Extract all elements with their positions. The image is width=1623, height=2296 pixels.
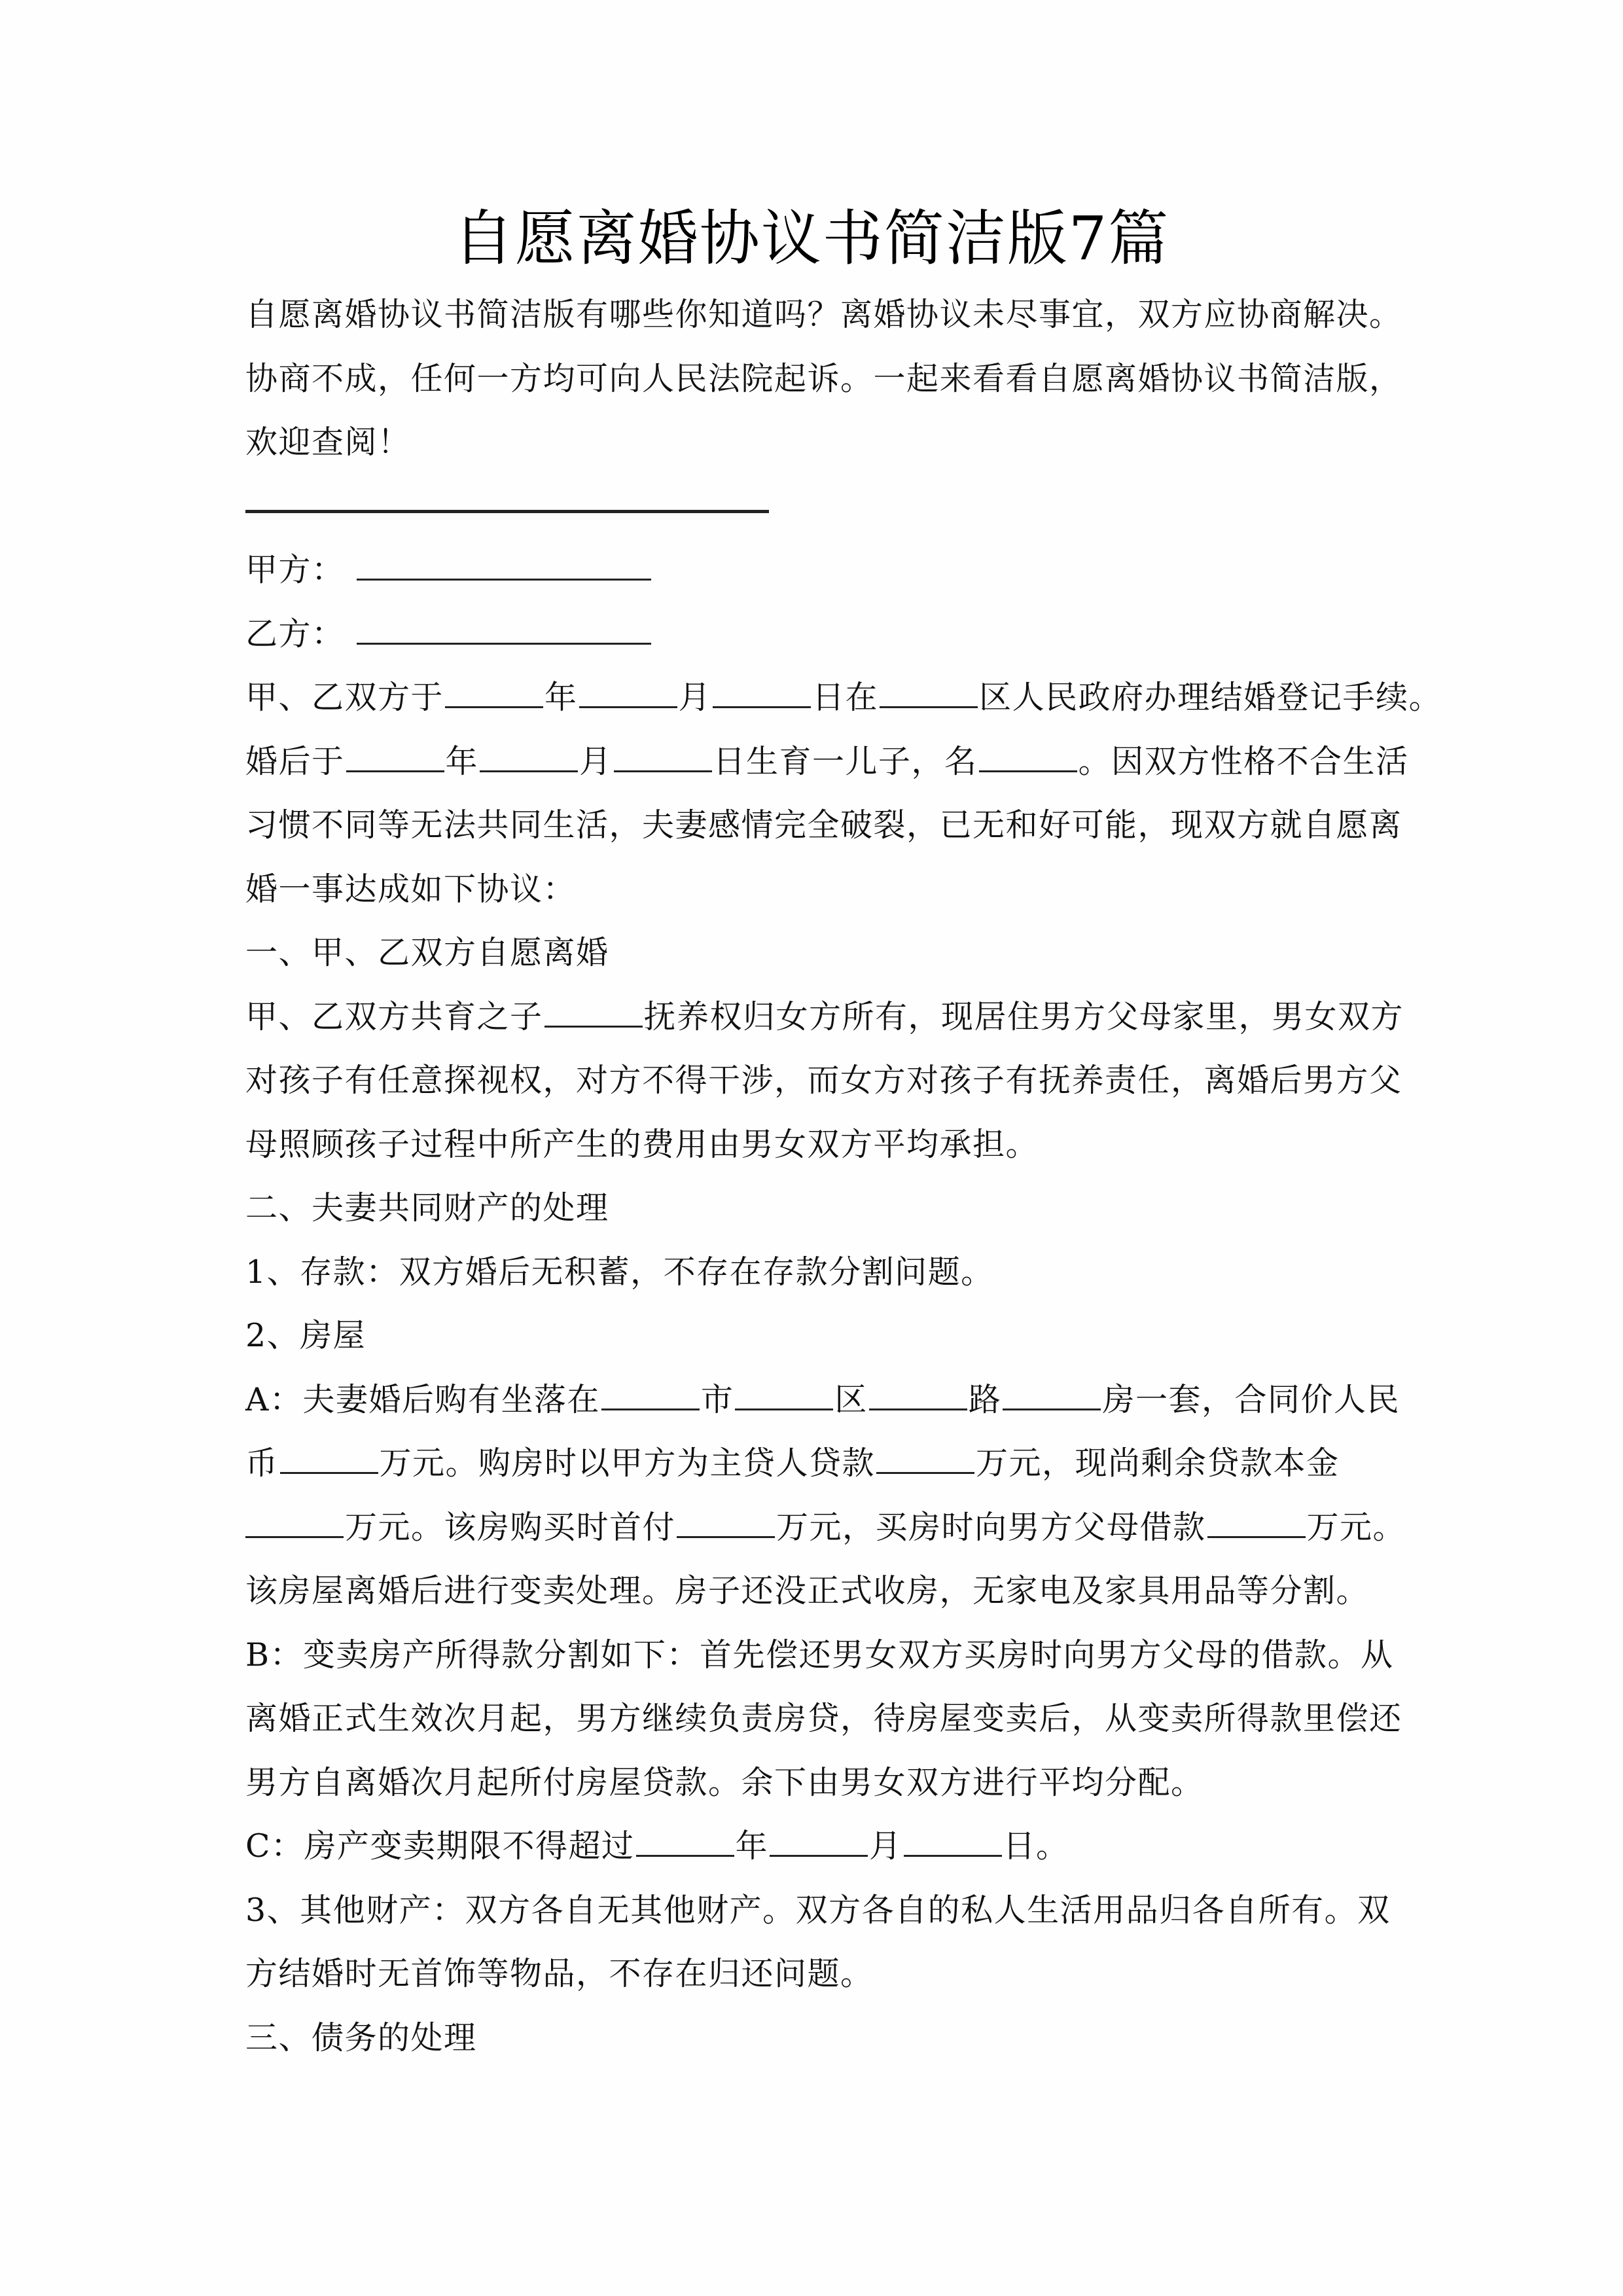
blank-field[interactable] [445, 680, 543, 708]
party-a-row: 甲方： [245, 538, 1397, 602]
intro-line: 欢迎查阅！ [245, 410, 1397, 475]
text: 月 [679, 679, 712, 716]
marriage-line: 婚一事达成如下协议： [245, 857, 1397, 922]
text: 婚后于 [245, 743, 345, 780]
blank-field[interactable] [904, 1829, 1002, 1857]
house-c-line: C：房产变卖期限不得超过年月日。 [245, 1814, 1397, 1878]
blank-field[interactable] [544, 999, 643, 1028]
party-b-blank[interactable] [357, 617, 651, 645]
text: 万元，现尚剩余贷款本金 [976, 1444, 1340, 1482]
text: 年 [446, 743, 479, 780]
text: 万元，买房时向男方父母借款 [776, 1509, 1206, 1546]
section-heading-3: 三、债务的处理 [245, 2006, 1397, 2070]
section-heading-2: 二、夫妻共同财产的处理 [245, 1176, 1397, 1240]
text: 月 [579, 743, 613, 780]
house-a-line: 币万元。购房时以甲方为主贷人贷款万元，现尚剩余贷款本金 [245, 1431, 1397, 1496]
blank-field[interactable] [636, 1829, 734, 1857]
document-body: 自愿离婚协议书简洁版有哪些你知道吗？离婚协议未尽事宜，双方应协商解决。 协商不成… [245, 283, 1397, 2070]
separator-line [245, 475, 1397, 539]
party-a-label: 甲方： [245, 551, 345, 588]
document-title: 自愿离婚协议书简洁版7篇 [0, 196, 1623, 281]
blank-field[interactable] [713, 680, 811, 708]
text: 万元。 [1307, 1509, 1406, 1546]
text: 万元。购房时以甲方为主贷人贷款 [380, 1444, 876, 1482]
house-heading: 2、房屋 [245, 1304, 1397, 1368]
house-a-line: 该房屋离婚后进行变卖处理。房子还没正式收房，无家电及家具用品等分割。 [245, 1559, 1397, 1623]
blank-field[interactable] [280, 1446, 378, 1474]
text: 日生育一儿子，名 [713, 743, 978, 780]
party-b-row: 乙方： [245, 602, 1397, 666]
blank-field[interactable] [735, 1382, 833, 1410]
blank-field[interactable] [1207, 1510, 1306, 1538]
custody-line: 对孩子有任意探视权，对方不得干涉，而女方对孩子有抚养责任，离婚后男方父 [245, 1049, 1397, 1113]
marriage-line: 婚后于年月日生育一儿子，名。因双方性格不合生活 [245, 730, 1397, 794]
text: 甲、乙双方于 [245, 679, 444, 716]
text: C：房产变卖期限不得超过 [245, 1827, 635, 1865]
custody-line: 甲、乙双方共育之子抚养权归女方所有，现居住男方父母家里，男女双方 [245, 985, 1397, 1049]
dash-separator [245, 510, 769, 513]
blank-field[interactable] [880, 680, 978, 708]
house-b-line: B：变卖房产所得款分割如下：首先偿还男女双方买房时向男方父母的借款。从 [245, 1623, 1397, 1687]
blank-field[interactable] [579, 680, 677, 708]
blank-field[interactable] [601, 1382, 700, 1410]
text: 年 [736, 1827, 769, 1865]
text: A：夫妻婚后购有坐落在 [245, 1381, 600, 1418]
section-heading-1: 一、甲、乙双方自愿离婚 [245, 921, 1397, 985]
blank-field[interactable] [869, 1382, 967, 1410]
text: 房一套，合同价人民 [1102, 1381, 1400, 1418]
text: 年 [544, 679, 578, 716]
text: 日。 [1003, 1827, 1069, 1865]
other-property-line: 方结婚时无首饰等物品，不存在归还问题。 [245, 1942, 1397, 2006]
intro-line: 自愿离婚协议书简洁版有哪些你知道吗？离婚协议未尽事宜，双方应协商解决。 [245, 283, 1397, 347]
blank-field[interactable] [876, 1446, 974, 1474]
text: 万元。该房购买时首付 [345, 1509, 675, 1546]
savings-line: 1、存款：双方婚后无积蓄，不存在存款分割问题。 [245, 1240, 1397, 1304]
house-b-line: 离婚正式生效次月起，男方继续负责房贷，待房屋变卖后，从变卖所得款里偿还 [245, 1687, 1397, 1751]
text: 抚养权归女方所有，现居住男方父母家里，男女双方 [644, 998, 1404, 1035]
blank-field[interactable] [979, 744, 1077, 772]
blank-field[interactable] [1003, 1382, 1101, 1410]
text: 路 [969, 1381, 1002, 1418]
text: 市 [701, 1381, 734, 1418]
document-page: 自愿离婚协议书简洁版7篇 自愿离婚协议书简洁版有哪些你知道吗？离婚协议未尽事宜，… [0, 0, 1623, 2296]
blank-field[interactable] [480, 744, 578, 772]
custody-line: 母照顾孩子过程中所产生的费用由男女双方平均承担。 [245, 1113, 1397, 1177]
other-property-line: 3、其他财产：双方各自无其他财产。双方各自的私人生活用品归各自所有。双 [245, 1878, 1397, 1943]
text: 甲、乙双方共育之子 [245, 998, 543, 1035]
blank-field[interactable] [614, 744, 712, 772]
blank-field[interactable] [770, 1829, 868, 1857]
text: 币 [245, 1444, 279, 1482]
text: 日在 [812, 679, 878, 716]
marriage-line: 甲、乙双方于年月日在区人民政府办理结婚登记手续。 [245, 666, 1397, 730]
marriage-line: 习惯不同等无法共同生活，夫妻感情完全破裂，已无和好可能，现双方就自愿离 [245, 793, 1397, 857]
blank-field[interactable] [346, 744, 444, 772]
party-b-label: 乙方： [245, 615, 345, 653]
house-a-line: 万元。该房购买时首付万元，买房时向男方父母借款万元。 [245, 1496, 1397, 1560]
house-b-line: 男方自离婚次月起所付房屋贷款。余下由男女双方进行平均分配。 [245, 1751, 1397, 1815]
text: 区 [834, 1381, 868, 1418]
party-a-blank[interactable] [357, 552, 651, 581]
intro-line: 协商不成，任何一方均可向人民法院起诉。一起来看看自愿离婚协议书简洁版， [245, 347, 1397, 411]
text: 月 [869, 1827, 902, 1865]
house-a-line: A：夫妻婚后购有坐落在市区路房一套，合同价人民 [245, 1368, 1397, 1432]
text: 。因双方性格不合生活 [1079, 743, 1409, 780]
blank-field[interactable] [677, 1510, 775, 1538]
blank-field[interactable] [245, 1510, 344, 1538]
text: 区人民政府办理结婚登记手续。 [979, 679, 1442, 716]
